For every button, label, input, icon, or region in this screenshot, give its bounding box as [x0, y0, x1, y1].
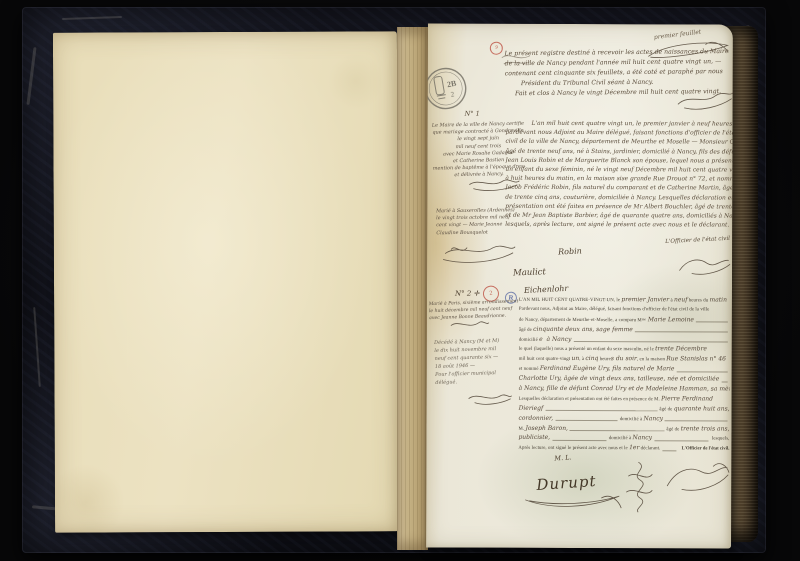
form-line: Pardevant nous, Adjoint au Maire, délégu… [519, 305, 730, 316]
form-line-segment: trente trois ans, [681, 424, 730, 434]
margin-signature-flourish [467, 390, 513, 406]
binding-strip [397, 27, 428, 550]
form-line-segment: Rue Stanislas n° 46 [666, 355, 726, 365]
form-line-segment: e à Nancy [539, 334, 571, 344]
archival-scan: premier feuillet 9 Le présent registre d… [0, 0, 800, 561]
cover-scuff [26, 47, 36, 105]
form-line-segment: heures du [687, 296, 709, 305]
form-line-segment [662, 450, 676, 451]
form-line-segment: quarante huit ans, [674, 404, 730, 414]
act1-officer-label: L'Officier de l'état civil [665, 236, 730, 245]
form-line-segment: cinq [585, 354, 598, 364]
form-line-segment [552, 440, 607, 441]
closing-signature-flourish [675, 86, 733, 112]
witness-signature: M. L. [554, 453, 572, 462]
form-line: M. Joseph Baron,âgé de trente trois ans, [518, 423, 729, 434]
left-blank-page [53, 31, 399, 532]
act2-form: L'AN MIL HUIT CENT QUATRE-VINGT-UN, le p… [518, 295, 730, 454]
act2-margin-note-death: Décédé à Nancy (M et M)le dix huit novem… [434, 336, 521, 387]
form-line-segment [696, 322, 728, 323]
form-line-segment: premier Janvier [621, 295, 669, 305]
form-line: Après lecture, ont signé le présent acte… [518, 443, 729, 454]
form-line-segment [721, 381, 727, 382]
form-line-segment: âgé de [519, 325, 533, 335]
form-line-segment [654, 440, 709, 441]
form-line-segment: Nancy [633, 434, 652, 444]
form-line-segment: publiciste, [518, 433, 550, 443]
form-line-segment: Ferdinand Eugène Ury, fils naturel de Ma… [540, 364, 675, 374]
svg-text:2B: 2B [446, 79, 457, 90]
form-line-segment: trente Décembre [655, 345, 707, 355]
signature-robin: Robin [558, 246, 582, 256]
form-line-segment: âgé de [666, 425, 680, 434]
form-line-segment [555, 420, 618, 421]
cover-scuff [33, 307, 41, 387]
officer-signature-flourish [676, 252, 733, 279]
signature-underline-flourish [521, 490, 623, 516]
act-text-line: civil de la ville de Nancy, département … [505, 138, 732, 148]
signature-maulict: Maulict [513, 267, 546, 278]
form-line: à Nancy, fille de défunt Conrad Ury et d… [519, 384, 730, 395]
form-line-segment [545, 410, 657, 411]
form-line-segment: déclarant. [639, 445, 660, 454]
form-line: domicilié e à Nancy [519, 334, 730, 345]
register-page: premier feuillet 9 Le présent registre d… [426, 23, 733, 548]
margin-signature-flourish [449, 318, 491, 332]
paraph-squiggle [622, 458, 656, 514]
act1-number: N° 1 [465, 110, 480, 118]
form-line-segment: cordonnier, [519, 413, 554, 423]
form-line-segment: Marie Lemoine [646, 315, 694, 325]
form-line-segment: un [572, 354, 580, 364]
form-line: Lesquelles déclaration et présentation o… [519, 394, 730, 405]
form-line: le quel (laquelle) nous a présenté un en… [519, 344, 730, 355]
form-line-segment: L'Officier de l'état civil. [679, 445, 730, 454]
act-text-line: Jacob Frédéric Robin, fils naturel du co… [505, 184, 732, 194]
cover-scuff [62, 16, 122, 20]
form-line-segment: 1er [629, 444, 639, 454]
form-line-segment: neuf [674, 295, 688, 305]
form-line-segment: Pierre Ferdinand [661, 394, 713, 404]
form-line-segment [573, 341, 727, 343]
form-line-segment: s du soir [611, 354, 637, 364]
act1-body: L'an mil huit cent quatre vingt un, le p… [505, 120, 732, 231]
margin-note-line: délégué. [435, 376, 521, 387]
form-line-segment [635, 331, 728, 332]
act2-number: N° 2 ✛ [455, 290, 479, 298]
form-line-segment: Nancy [644, 414, 663, 424]
form-line-segment: cinquante deux ans, sage femme [533, 325, 633, 335]
form-line-segment: , en la maison [637, 356, 666, 365]
form-line-segment: Joseph Baron, [525, 423, 568, 433]
form-line-segment: domicilié [519, 335, 539, 345]
notarial-seal-stamp: 2B 2 [426, 63, 471, 114]
svg-text:2: 2 [450, 90, 455, 99]
form-line-segment: domicilié à [620, 415, 644, 424]
form-line-segment: Dieriegf [519, 404, 544, 414]
form-line-segment [676, 371, 727, 372]
act-text-line: âgé de trente neuf ans, né à Stains, jar… [505, 147, 732, 157]
form-line-segment [665, 420, 728, 421]
form-line-segment: à Nancy, fille de défunt Conrad Ury et d… [519, 384, 730, 395]
form-line-segment: domicilié à [609, 435, 633, 444]
officer-signature-flourish [663, 457, 733, 499]
act-text-line: lesquels, après lecture, ont signé le pr… [505, 221, 732, 231]
form-line-segment: Pardevant nous, Adjoint au Maire, délégu… [519, 305, 709, 316]
form-line-segment: Après lecture, ont signé le présent acte… [518, 444, 629, 454]
form-line-segment [570, 430, 664, 431]
form-line-segment: matin [709, 295, 727, 305]
signature-eichenlohr: Eichenlohr [524, 284, 569, 295]
margin-signature-flourish [441, 240, 517, 264]
form-line-segment: âgé de [659, 405, 673, 414]
form-line-segment: lesquels, [711, 435, 730, 444]
